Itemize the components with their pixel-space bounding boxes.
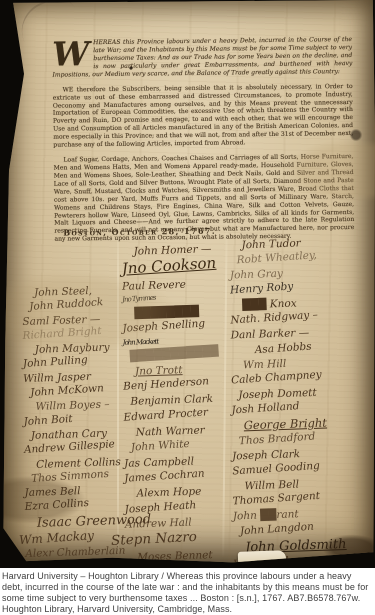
signature: Joseph Snelling — [122, 317, 234, 335]
catalog-caption-strip: Harvard University – Houghton Library / … — [0, 568, 375, 615]
opening-paragraph: WHEREAS this Province labours under a he… — [52, 36, 352, 79]
signature: Jno Cookson — [121, 255, 234, 277]
signature: ███████████ — [130, 345, 235, 362]
signature-column-center: John Homer —Jno CooksonPaul RevereJno Ty… — [122, 245, 238, 568]
signature-column-left: John Steel,John RuddockSaml Foster —Rich… — [22, 287, 130, 564]
signature: Andrew Hall — [125, 516, 237, 530]
signature: Edward Procter — [123, 405, 235, 423]
parchment-broadside: WHEREAS this Province labours under a he… — [0, 0, 375, 568]
signature: Alexm Hope — [136, 486, 236, 500]
signature: Asa Hobbs — [254, 338, 372, 356]
subscribers-paragraph: WE therefore the Subscribers, being sens… — [53, 83, 354, 150]
document-content: WHEREAS this Province labours under a he… — [0, 0, 375, 568]
drop-cap-w: W — [52, 41, 89, 68]
signature: Moses Bennet — [137, 550, 237, 564]
document-photograph: WHEREAS this Province labours under a he… — [0, 0, 375, 568]
signature-column-right: John TudorRobt Wheatley,John GrayHenry R… — [229, 239, 375, 568]
dateline: Boston, October 28, 1767. — [63, 226, 216, 238]
letterpress-text-block: WHEREAS this Province labours under a he… — [52, 30, 355, 250]
signature: John White — [131, 436, 236, 453]
catalog-caption-text: Harvard University – Houghton Library / … — [2, 571, 372, 615]
opening-paragraph-text: HEREAS this Province labours under a hea… — [52, 36, 352, 78]
signature: Joseph Heath — [124, 497, 236, 515]
torn-edge-fragment — [238, 550, 286, 567]
signature: Stepn Nazro — [111, 529, 237, 548]
